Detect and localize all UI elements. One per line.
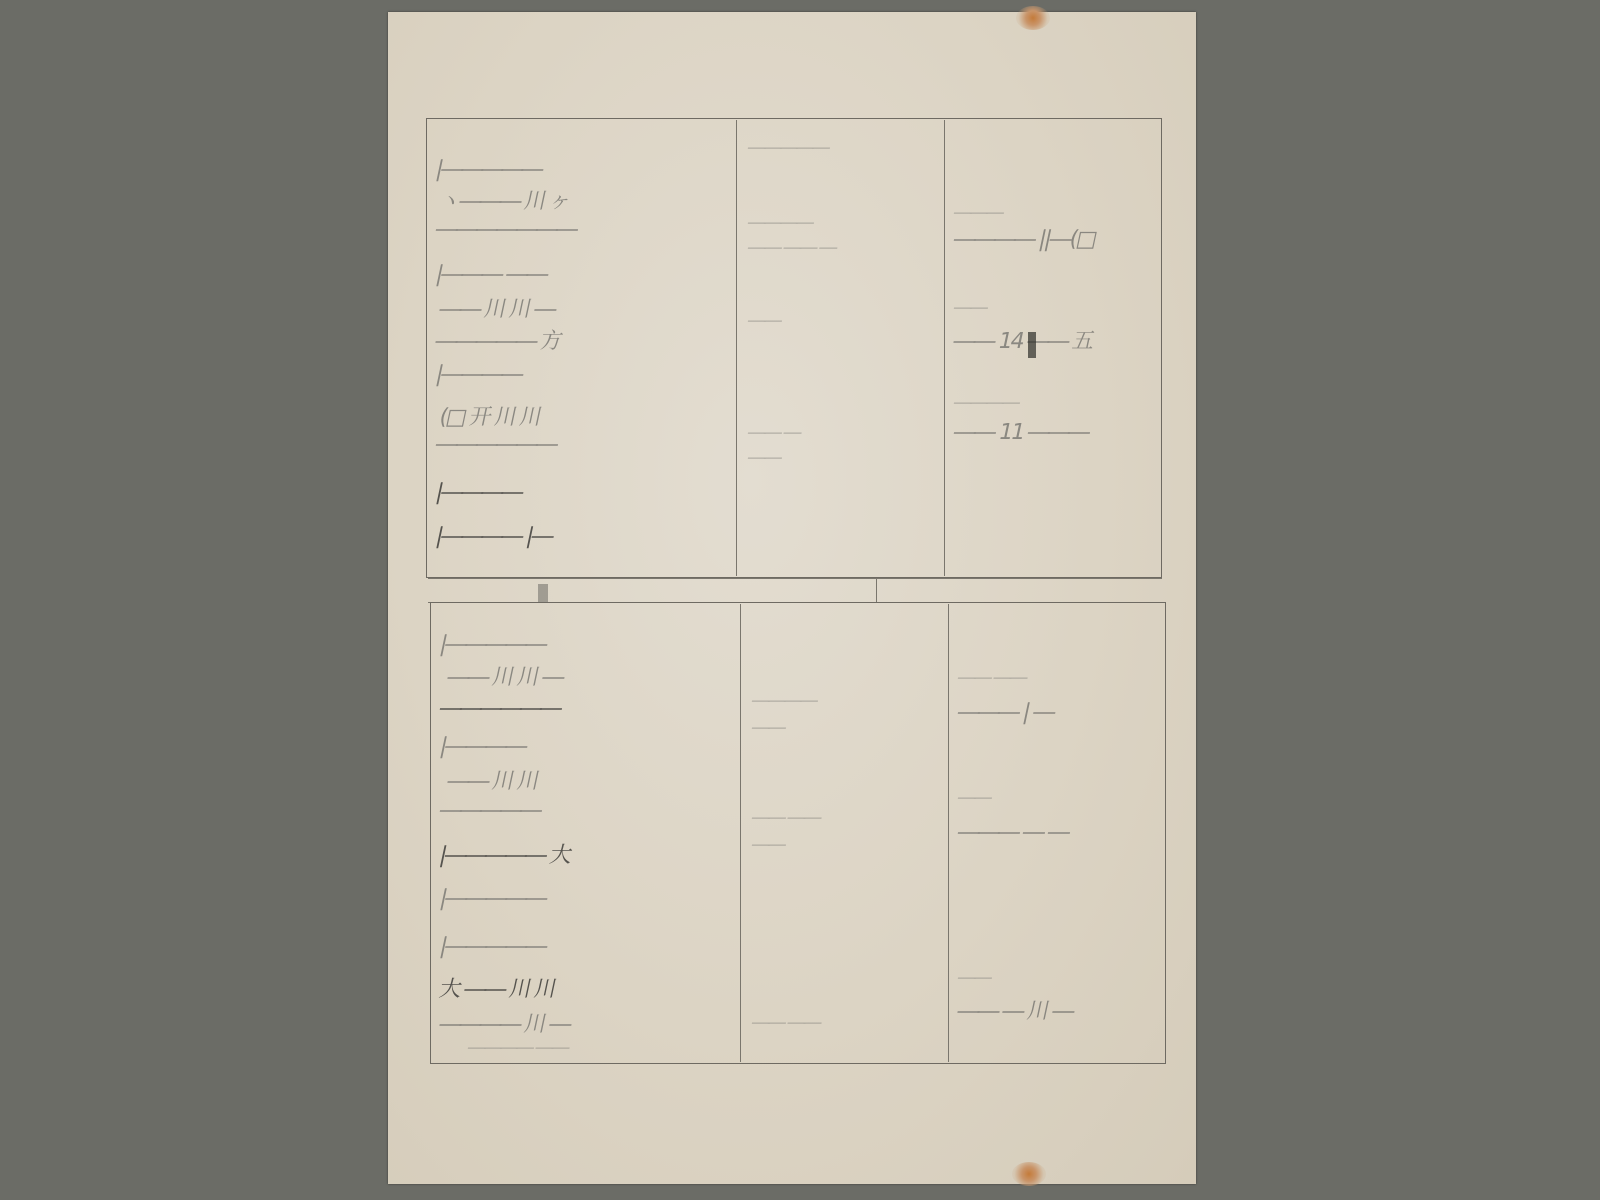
band-divider	[876, 578, 877, 602]
bottom-divider-2	[948, 604, 949, 1062]
bottom-divider-1	[740, 604, 741, 1062]
dark-pencil-mark	[1028, 332, 1036, 358]
rust-stain-top	[1016, 6, 1050, 30]
paper-sheet: |――――― ヽ――― 川 ヶ ――――――― |――― ―― ―― 川 川 ―…	[388, 12, 1196, 1184]
band-line-top	[428, 578, 1162, 579]
top-divider-1	[736, 120, 737, 576]
rust-stain-bottom	[1012, 1162, 1046, 1186]
band-marker	[538, 584, 548, 602]
top-divider-2	[944, 120, 945, 576]
